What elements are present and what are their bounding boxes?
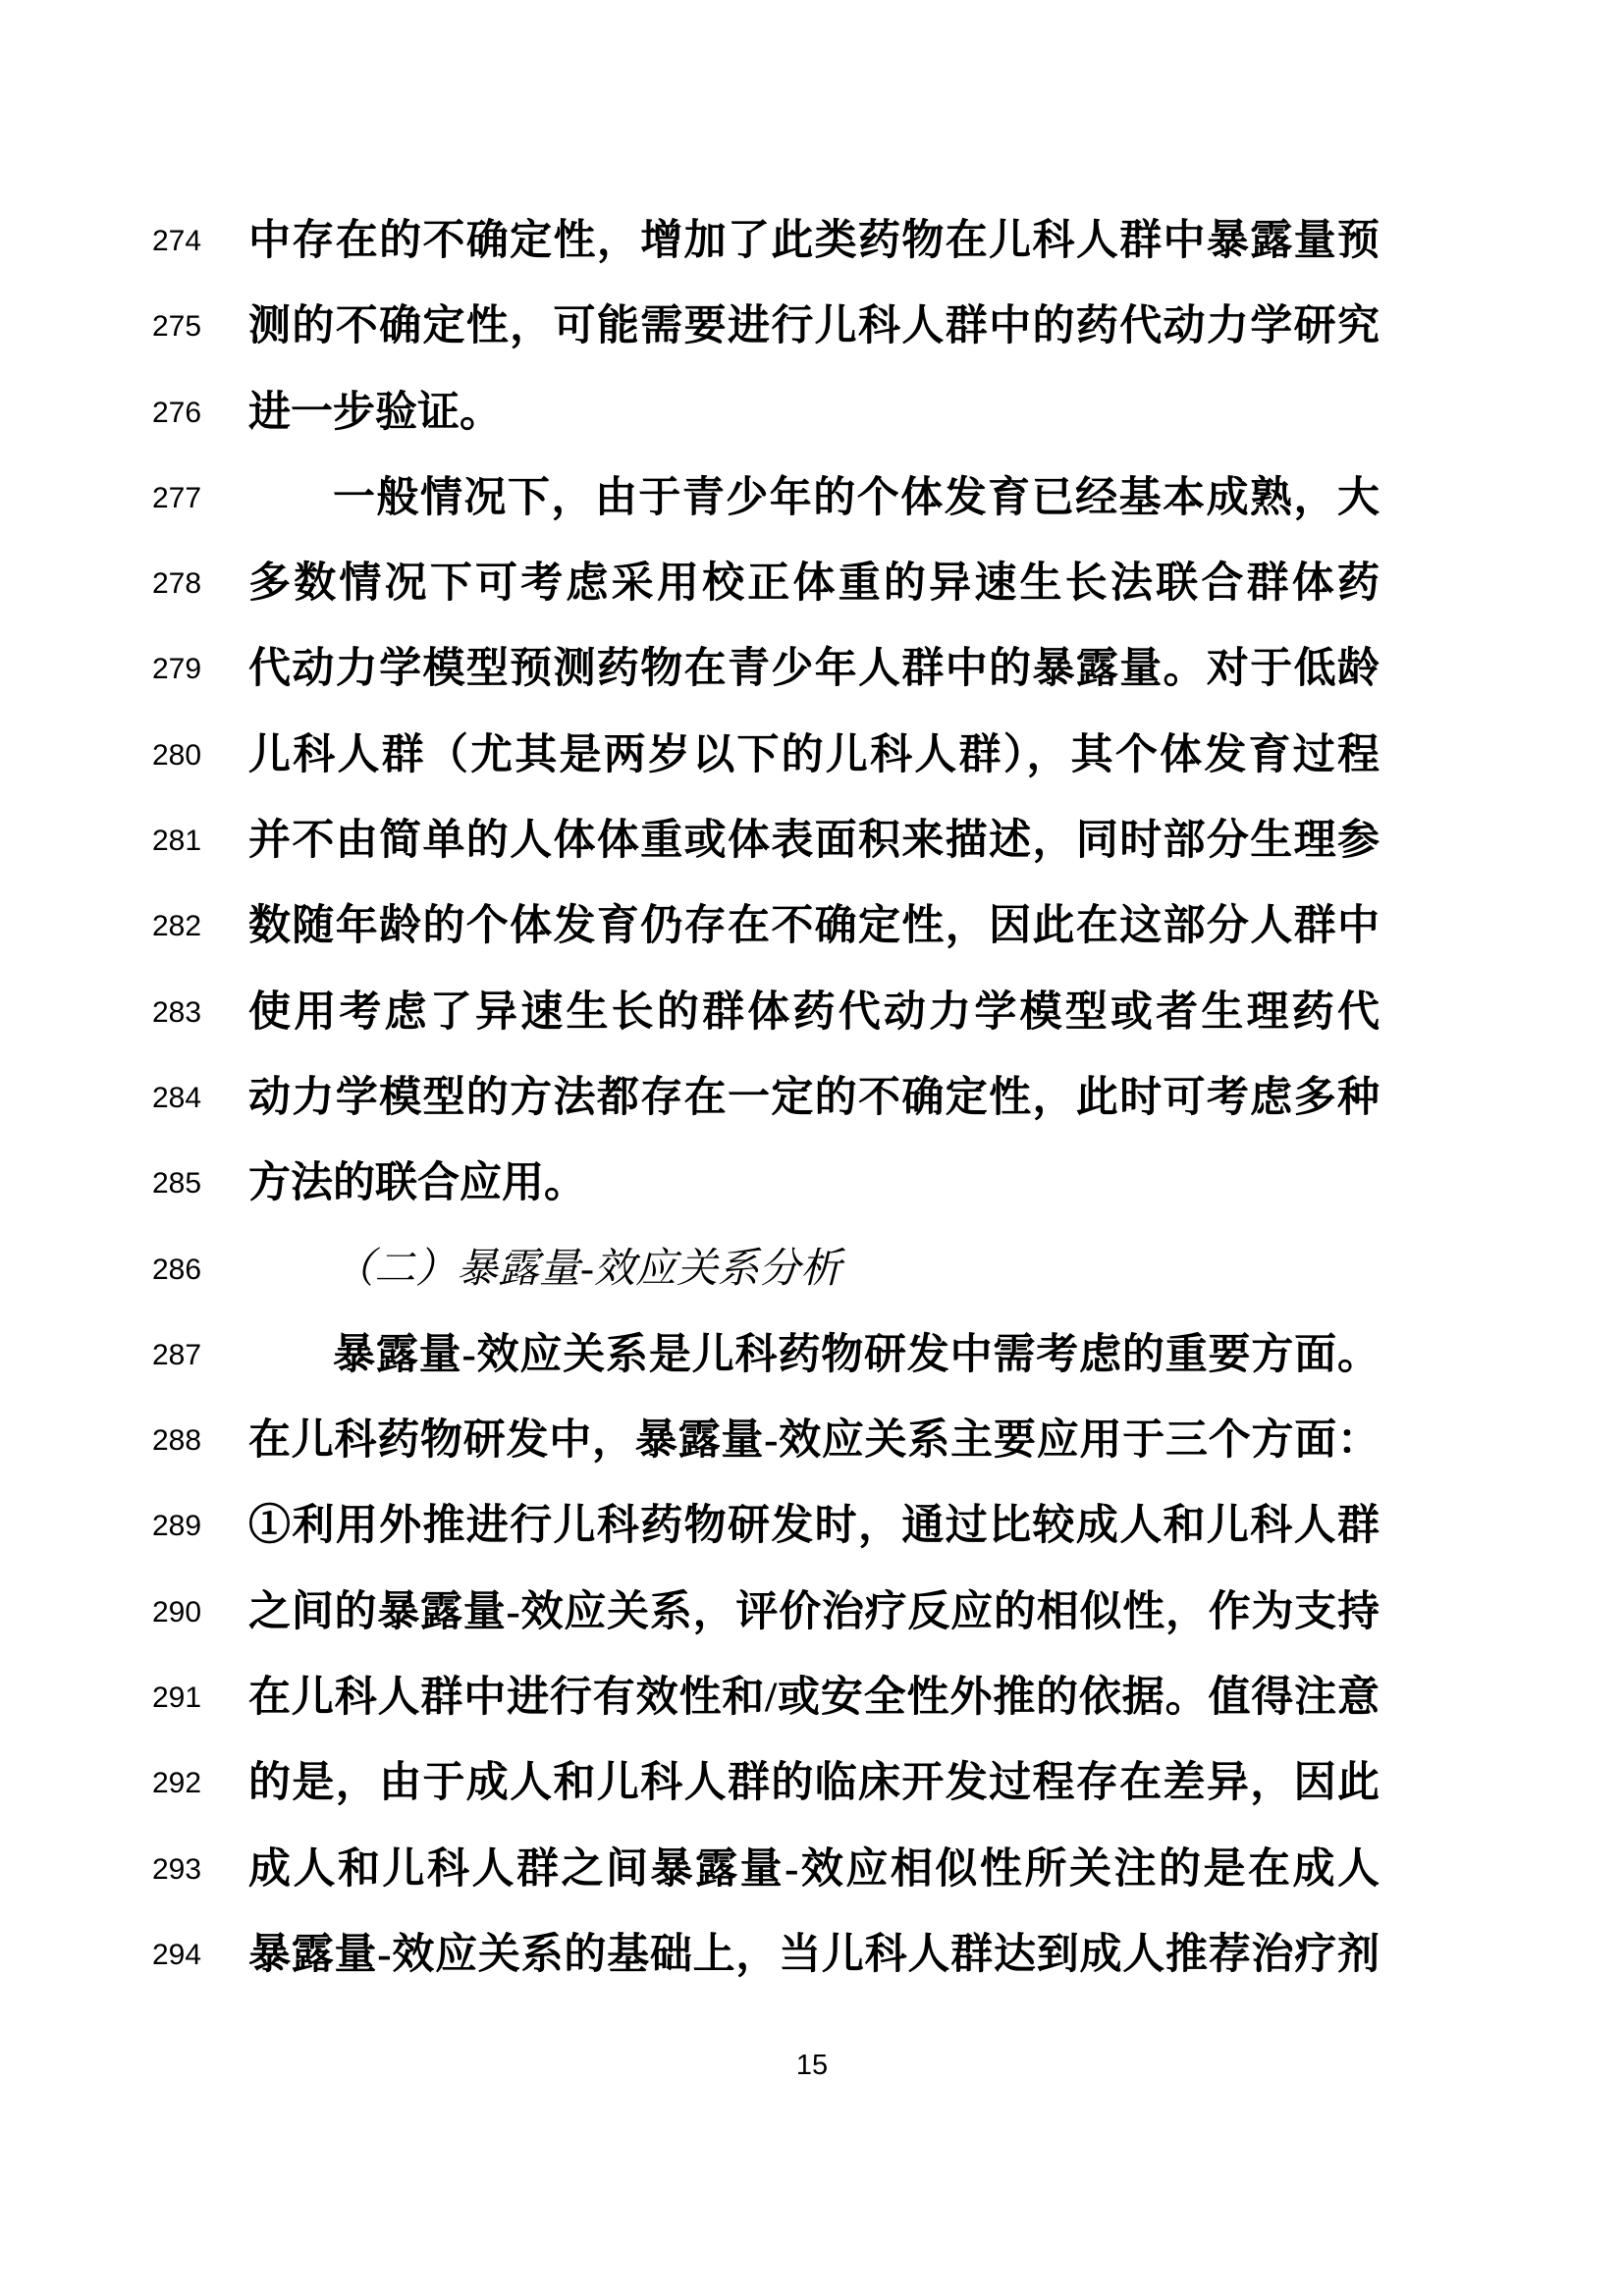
line-number: 282	[152, 883, 201, 969]
document-line: 286 （二）暴露量-效应关系分析	[0, 1227, 1624, 1312]
document-line: 285 方法的联合应用。	[0, 1141, 1624, 1226]
line-text: 在儿科药物研发中，暴露量-效应关系主要应用于三个方面：	[248, 1398, 1380, 1483]
line-number: 293	[152, 1827, 201, 1912]
line-number: 283	[152, 970, 201, 1055]
line-number: 281	[152, 798, 201, 883]
line-number: 285	[152, 1141, 201, 1226]
document-line: 287 暴露量-效应关系是儿科药物研发中需考虑的重要方面。	[0, 1312, 1624, 1398]
document-line: 294 暴露量-效应关系的基础上，当儿科人群达到成人推荐治疗剂	[0, 1912, 1624, 1998]
line-number: 294	[152, 1912, 201, 1998]
document-line: 278 多数情况下可考虑采用校正体重的异速生长法联合群体药	[0, 541, 1624, 626]
line-text: 一般情况下，由于青少年的个体发育已经基本成熟，大	[248, 455, 1380, 541]
line-text: 的是，由于成人和儿科人群的临床开发过程存在差异，因此	[248, 1740, 1380, 1826]
document-line: 282 数随年龄的个体发育仍存在不确定性，因此在这部分人群中	[0, 883, 1624, 969]
line-text: 代动力学模型预测药物在青少年人群中的暴露量。对于低龄	[248, 626, 1380, 712]
document-line: 281 并不由简单的人体体重或体表面积来描述，同时部分生理参	[0, 798, 1624, 883]
document-page: 274 中存在的不确定性，增加了此类药物在儿科人群中暴露量预 275 测的不确定…	[0, 0, 1624, 2296]
line-text: 暴露量-效应关系的基础上，当儿科人群达到成人推荐治疗剂	[248, 1912, 1380, 1998]
document-line: 275 测的不确定性，可能需要进行儿科人群中的药代动力学研究	[0, 284, 1624, 369]
line-text: （二）暴露量-效应关系分析	[248, 1227, 1380, 1312]
document-line: 289 ①利用外推进行儿科药物研发时，通过比较成人和儿科人群	[0, 1483, 1624, 1569]
line-text: 并不由简单的人体体重或体表面积来描述，同时部分生理参	[248, 798, 1380, 883]
line-text: 暴露量-效应关系是儿科药物研发中需考虑的重要方面。	[248, 1312, 1380, 1398]
document-line: 293 成人和儿科人群之间暴露量-效应相似性所关注的是在成人	[0, 1827, 1624, 1912]
line-number: 287	[152, 1312, 201, 1398]
line-text: 使用考虑了异速生长的群体药代动力学模型或者生理药代	[248, 970, 1380, 1055]
line-text: 动力学模型的方法都存在一定的不确定性，此时可考虑多种	[248, 1055, 1380, 1141]
document-line: 279 代动力学模型预测药物在青少年人群中的暴露量。对于低龄	[0, 626, 1624, 712]
line-text: 儿科人群（尤其是两岁以下的儿科人群），其个体发育过程	[248, 713, 1380, 798]
document-line: 274 中存在的不确定性，增加了此类药物在儿科人群中暴露量预	[0, 198, 1624, 284]
line-number: 292	[152, 1740, 201, 1826]
line-text: 中存在的不确定性，增加了此类药物在儿科人群中暴露量预	[248, 198, 1380, 284]
line-number: 280	[152, 713, 201, 798]
document-line: 283 使用考虑了异速生长的群体药代动力学模型或者生理药代	[0, 970, 1624, 1055]
document-text-block: 274 中存在的不确定性，增加了此类药物在儿科人群中暴露量预 275 测的不确定…	[0, 198, 1624, 1998]
line-text: 数随年龄的个体发育仍存在不确定性，因此在这部分人群中	[248, 883, 1380, 969]
line-number: 286	[152, 1227, 201, 1312]
line-text: 测的不确定性，可能需要进行儿科人群中的药代动力学研究	[248, 284, 1380, 369]
line-number: 291	[152, 1655, 201, 1740]
line-text: 在儿科人群中进行有效性和/或安全性外推的依据。值得注意	[248, 1655, 1380, 1740]
line-text: 进一步验证。	[248, 370, 1380, 455]
line-number: 284	[152, 1055, 201, 1141]
line-number: 275	[152, 284, 201, 369]
line-text: 方法的联合应用。	[248, 1141, 1380, 1226]
line-number: 288	[152, 1398, 201, 1483]
document-line: 276 进一步验证。	[0, 370, 1624, 455]
document-line: 292 的是，由于成人和儿科人群的临床开发过程存在差异，因此	[0, 1740, 1624, 1826]
document-line: 288 在儿科药物研发中，暴露量-效应关系主要应用于三个方面：	[0, 1398, 1624, 1483]
line-number: 290	[152, 1570, 201, 1655]
document-line: 291 在儿科人群中进行有效性和/或安全性外推的依据。值得注意	[0, 1655, 1624, 1740]
line-number: 278	[152, 541, 201, 626]
document-line: 277 一般情况下，由于青少年的个体发育已经基本成熟，大	[0, 455, 1624, 541]
line-number: 276	[152, 370, 201, 455]
document-line: 280 儿科人群（尤其是两岁以下的儿科人群），其个体发育过程	[0, 713, 1624, 798]
line-number: 277	[152, 455, 201, 541]
document-line: 284 动力学模型的方法都存在一定的不确定性，此时可考虑多种	[0, 1055, 1624, 1141]
line-text: ①利用外推进行儿科药物研发时，通过比较成人和儿科人群	[248, 1483, 1380, 1569]
line-number: 274	[152, 198, 201, 284]
line-text: 成人和儿科人群之间暴露量-效应相似性所关注的是在成人	[248, 1827, 1380, 1912]
line-number: 289	[152, 1483, 201, 1569]
page-number: 15	[0, 2050, 1624, 2082]
document-line: 290 之间的暴露量-效应关系，评价治疗反应的相似性，作为支持	[0, 1570, 1624, 1655]
line-text: 多数情况下可考虑采用校正体重的异速生长法联合群体药	[248, 541, 1380, 626]
line-number: 279	[152, 626, 201, 712]
line-text: 之间的暴露量-效应关系，评价治疗反应的相似性，作为支持	[248, 1570, 1380, 1655]
